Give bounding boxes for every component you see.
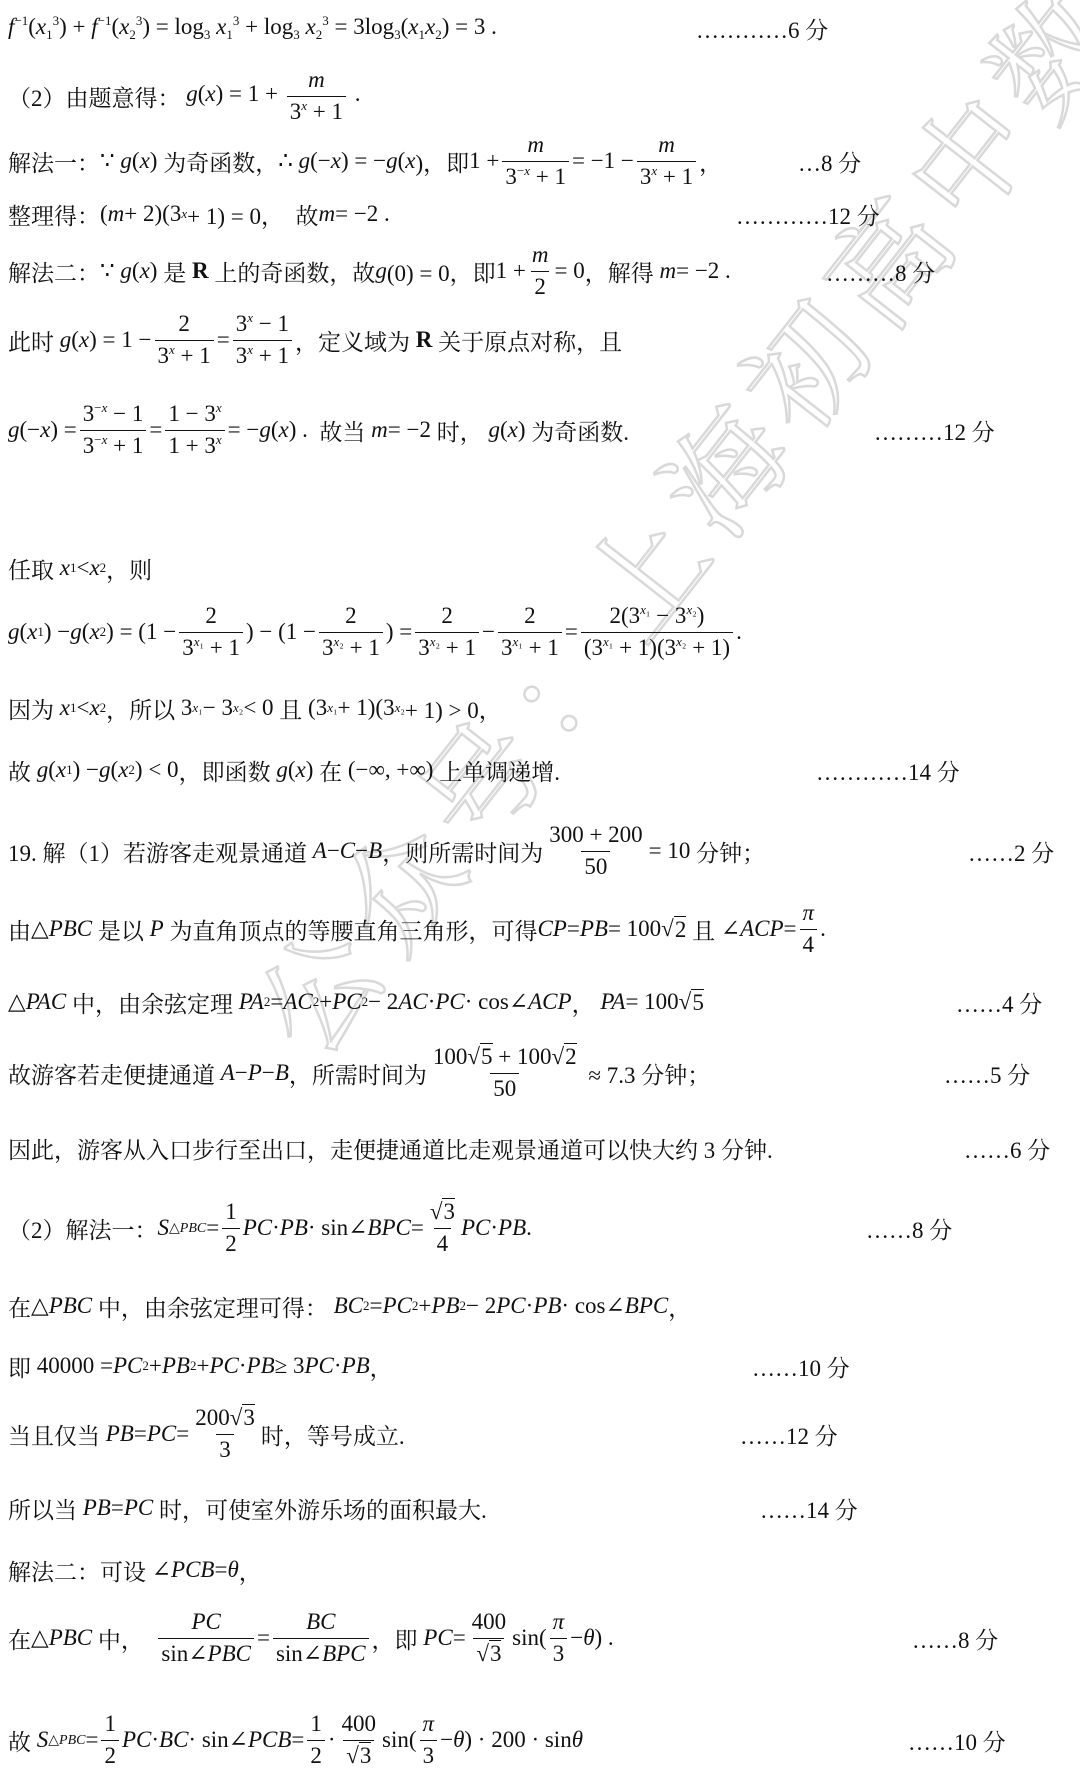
text-zai: 在 [8, 1622, 31, 1655]
solution-line-3: 解法一： ∵ g(x) 为奇函数， ∴ g(−x) = −g(x)，即1 + m… [8, 132, 1070, 190]
label-simplify: 整理得： [8, 198, 100, 231]
text-qie: 且 [692, 913, 715, 946]
text-ji: 即 [395, 1622, 418, 1655]
score-mark: ……8 分 [866, 1212, 952, 1245]
text-ze: ，则 [106, 552, 152, 585]
text-symmetric: 关于原点对称，且 [438, 324, 622, 357]
score-mark: ……5 分 [944, 1057, 1030, 1090]
text-right-isosceles: 为直角顶点的等腰直角三角形，可得 [169, 913, 537, 946]
solution-line-6: 此时 g(x) = 1 − 23x + 1 = 3x − 13x + 1，定义域… [8, 308, 1070, 372]
text-zai: 在 [319, 754, 342, 787]
text-time: ，则所需时间为 [382, 835, 543, 868]
solution-line-7: g(−x) = 3−x − 13−x + 1 = 1 − 3x1 + 3x = … [8, 392, 1070, 468]
solution-line-14: △PAC 中，由余弦定理 PA2 = AC2 + PC2 − 2AC · PC … [8, 982, 1070, 1022]
document-page: 公众号：上海初高中数学 f−1(x13) + f−1(x23) = log3 x… [0, 0, 1080, 1792]
score-mark: ……10 分 [908, 1724, 1006, 1757]
text-let: 可设 [100, 1554, 146, 1587]
text-suoyi: ，所以 [106, 692, 175, 725]
score-mark: ……8 分 [912, 1622, 998, 1655]
solution-line-19: 即 40000 = PC2 + PB2 + PC · PB ≥ 3PC · PB… [8, 1348, 1070, 1384]
text-function: ，即函数 [179, 754, 271, 787]
score-mark: …8 分 [798, 145, 861, 178]
text-cishi: 此时 [8, 324, 54, 357]
solution-line-8: 任取 x1 < x2，则 [8, 550, 1070, 586]
solution-line-18: 在△PBC 中，由余弦定理可得： BC2 = PC2 + PB2 − 2PC ·… [8, 1288, 1070, 1324]
text-iff: 当且仅当 [8, 1418, 100, 1451]
solution-line-16: 因此，游客从入口步行至出口，走便捷通道比走观景通道可以快大约 3 分钟. ……6… [8, 1130, 1070, 1166]
score-mark: …………14 分 [816, 754, 960, 787]
score-mark: ………8 分 [826, 255, 935, 288]
text-minutes: 分钟； [696, 835, 765, 868]
text-domain: ，定义域为 [295, 324, 410, 357]
text-shi: 时， [437, 414, 483, 447]
solution-line-20: 当且仅当 PB = PC = 200√33时，等号成立. ……12 分 [8, 1400, 1070, 1468]
text-time: ，所需时间为 [289, 1057, 427, 1090]
solution-line-23: 在△PBC 中， PCsin∠PBC = BCsin∠BPC，即 PC = 40… [8, 1598, 1070, 1678]
score-mark: ……6 分 [964, 1132, 1050, 1165]
formula-inverse-log: f−1(x13) + f−1(x23) = log3 x13 + log3 x2… [8, 13, 497, 43]
text-gu: 故 [8, 1724, 31, 1757]
text-yinwei: 因为 [8, 692, 54, 725]
text-gu: 故 [8, 754, 31, 787]
text-conclusion: 因此，游客从入口步行至出口，走便捷通道比走观景通道可以快大约 3 分钟. [8, 1132, 773, 1165]
text-renqu: 任取 [8, 552, 54, 585]
text-approx: ≈ 7.3 分钟； [588, 1057, 710, 1090]
solution-line-1: f−1(x13) + f−1(x23) = log3 x13 + log3 x2… [8, 8, 1070, 48]
solution-line-15: 故游客若走便捷通道 A − P − B，所需时间为100√5 + 100√250… [8, 1036, 1070, 1110]
text-cosine-law: 中，由余弦定理 [72, 986, 233, 1019]
formula-g-def: g(x) = 1 + m3x + 1 . [181, 67, 361, 125]
text-zhong: 中， [98, 1622, 144, 1655]
text-qie: 且 [279, 692, 302, 725]
solution-line-12: 19. 解（1）若游客走观景通道 A − C − B，则所需时间为300 + 2… [8, 814, 1070, 888]
score-mark: ……4 分 [956, 986, 1042, 1019]
text-max-area: 时，可使室外游乐场的面积最大. [159, 1492, 487, 1525]
solution-line-2: （2）由题意得： g(x) = 1 + m3x + 1 . [8, 62, 1070, 130]
text-shi: 是 [163, 255, 186, 288]
score-mark: ……14 分 [760, 1492, 858, 1525]
label-method2: 解法二： [8, 1554, 100, 1587]
text-solve: ，解得 [585, 255, 654, 288]
text-cosine-law: 中，由余弦定理可得： [98, 1290, 328, 1323]
label-method1: 解法一： [8, 145, 100, 178]
solution-line-9: g(x1) − g(x2) = (1 − 23x₁ + 1) − (1 − 23… [8, 592, 1070, 672]
text-equality: 时，等号成立. [261, 1418, 405, 1451]
text-shiyi: 是以 [98, 913, 144, 946]
text-suoyidang: 所以当 [8, 1492, 77, 1525]
solution-line-13: 由△PBC 是以 P 为直角顶点的等腰直角三角形，可得CP = PB = 100… [8, 896, 1070, 962]
question-19-text: 19. 解（1）若游客走观景通道 [8, 835, 307, 868]
solution-line-21: 所以当 PB = PC 时，可使室外游乐场的面积最大. ……14 分 [8, 1490, 1070, 1526]
text-monotonic: 上单调递增. [439, 754, 560, 787]
solution-line-24: 故 S△PBC = 12PC · BC · sin∠PCB = 12 · 400… [8, 1700, 1070, 1780]
score-mark: ……12 分 [740, 1418, 838, 1451]
score-mark: ……2 分 [968, 835, 1054, 868]
text-ji: 即 [446, 145, 469, 178]
text-you: 由 [8, 913, 31, 946]
text-gu: 故 [295, 198, 318, 231]
text-gudang: 故当 [319, 414, 365, 447]
text-shortcut: 故游客若走便捷通道 [8, 1057, 215, 1090]
label-method2: 解法二： [8, 255, 100, 288]
therefore-symbol: ∴ [278, 148, 293, 174]
score-mark: ………12 分 [874, 414, 995, 447]
solution-line-5: 解法二：∵ g(x) 是 R 上的奇函数，故g(0) = 0，即1 + m2 =… [8, 238, 1070, 304]
text-ji: 即 [8, 1350, 31, 1383]
solution-line-10: 因为 x1 < x2，所以 3x₁ − 3x₂ < 0 且 (3x₁ + 1)(… [8, 690, 1070, 726]
because-symbol: ∵ [100, 258, 115, 284]
score-mark: …………6 分 [696, 12, 828, 45]
score-mark: ……10 分 [752, 1350, 850, 1383]
solution-line-4: 整理得：(m + 2)(3x + 1) = 0， 故m = −2 . …………1… [8, 196, 1070, 232]
text-odd: 为奇函数. [531, 414, 629, 447]
solution-line-22: 解法二：可设 ∠PCB = θ， [8, 1552, 1070, 1588]
text-odd-on-r: 上的奇函数，故 [214, 255, 375, 288]
label-part2-method1: （2）解法一： [8, 1212, 158, 1245]
solution-line-17: （2）解法一：S△PBC = 12PC · PB · sin∠BPC = √34… [8, 1190, 1070, 1266]
text-zai: 在 [8, 1290, 31, 1323]
text-odd-function: 为奇函数， [163, 145, 278, 178]
text-ji: 即 [473, 255, 496, 288]
score-mark: …………12 分 [736, 198, 880, 231]
because-symbol: ∵ [100, 148, 115, 174]
label-part2: （2）由题意得： [8, 80, 181, 113]
solution-line-11: 故 g(x1) − g(x2) < 0，即函数 g(x) 在 (−∞, +∞) … [8, 752, 1070, 788]
